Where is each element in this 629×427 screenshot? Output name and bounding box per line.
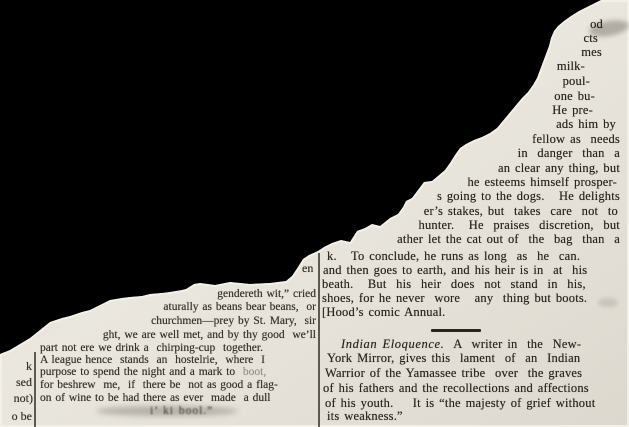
article2-lead-italic: Indian Eloquence. — [341, 337, 444, 351]
column-rule-middle — [318, 253, 320, 427]
middle-column-line: gendereth wit,” cried — [217, 288, 316, 300]
right-column-fragment-line: an clear any thing, but — [498, 161, 620, 176]
left-sliver-fragment: o be — [12, 409, 32, 424]
article2-line: Indian Eloquence. A writer in the New- — [341, 337, 581, 352]
right-column-body-line: and then goes to earth, and his heir is … — [323, 263, 587, 278]
article2-line: its weakness.” — [327, 409, 403, 424]
right-column-fragment-line: s going to the dogs. He delights — [437, 189, 620, 204]
right-column-fragment-line: poul- — [563, 74, 590, 89]
middle-column-line: A league hence stands an hostelrie, wher… — [40, 354, 265, 366]
middle-column-line: churchmen—prey by St. Mary, sir — [151, 315, 316, 327]
right-column-fragment-line: one bu- — [554, 89, 595, 104]
newspaper-paper: ksednot)o beengendereth wit,” criedatura… — [0, 0, 629, 427]
article2-line-rest: A writer in the New- — [444, 337, 581, 351]
right-column-fragment-line: He pre- — [552, 103, 593, 118]
right-column-body-line: beath. But his heir does not stand in hi… — [322, 277, 586, 292]
right-column-fragment-line: er’s stakes, but takes care not to — [424, 204, 618, 219]
middle-column-smudged-line: i’ ki bool.” — [150, 405, 213, 417]
middle-column-line: ght, we are well met, and by thy good we… — [103, 329, 316, 341]
middle-column-line: purpose to spend the night and a mark to… — [40, 366, 266, 378]
right-column-fragment-line: milk- — [557, 59, 585, 74]
middle-column-line: for beshrew me, if there be not as good … — [40, 379, 278, 391]
right-column-fragment-line: he esteems himself prosper- — [467, 175, 617, 190]
article2-line: Warrior of the Yamassee tribe over the g… — [325, 366, 582, 381]
right-column-fragment-line: ather let the cat out of the bag than a — [397, 232, 620, 247]
right-column-fragment-line: fellow as needs — [532, 132, 620, 147]
right-column-fragment-line: cts — [584, 31, 599, 46]
right-column-body-line: [Hood’s comic Annual. — [322, 305, 446, 320]
left-sliver-fragment: not) — [14, 391, 33, 406]
right-column-fragment-line: od — [590, 17, 603, 32]
column-rule-left — [34, 352, 36, 427]
middle-column-line: on of wine to be had there as ever made … — [40, 392, 270, 404]
article2-line: York Mirror, gives this lament of an Ind… — [327, 351, 580, 366]
left-sliver-fragment: sed — [16, 375, 32, 390]
right-column-body-line: k. To conclude, he runs as long as he ca… — [327, 249, 580, 264]
right-column-fragment-line: in danger than a — [518, 146, 620, 161]
right-column-body-line: shoes, for he never wore any thing but b… — [322, 291, 587, 306]
middle-column-line: aturally as beans bear beans, or — [163, 301, 316, 313]
left-sliver-fragment: k — [26, 359, 32, 374]
middle-column-top-fragment: en — [302, 261, 313, 276]
right-column-fragment-line: mes — [581, 45, 602, 60]
middle-column-line-segment: purpose to spend the night and a mark to — [40, 366, 243, 378]
torn-newspaper-clipping: ksednot)o beengendereth wit,” criedatura… — [0, 0, 629, 427]
middle-column-line: part not ere we drink a chirping-cup tog… — [40, 342, 263, 354]
right-column-fragment-line: hunter. He praises discretion, but — [419, 218, 620, 233]
section-divider-rule — [431, 329, 481, 332]
article2-line: of his fathers and the recollections and… — [323, 381, 589, 396]
right-column-fragment-line: ads him by — [556, 117, 616, 132]
middle-column-line-segment: boot, — [243, 366, 266, 378]
